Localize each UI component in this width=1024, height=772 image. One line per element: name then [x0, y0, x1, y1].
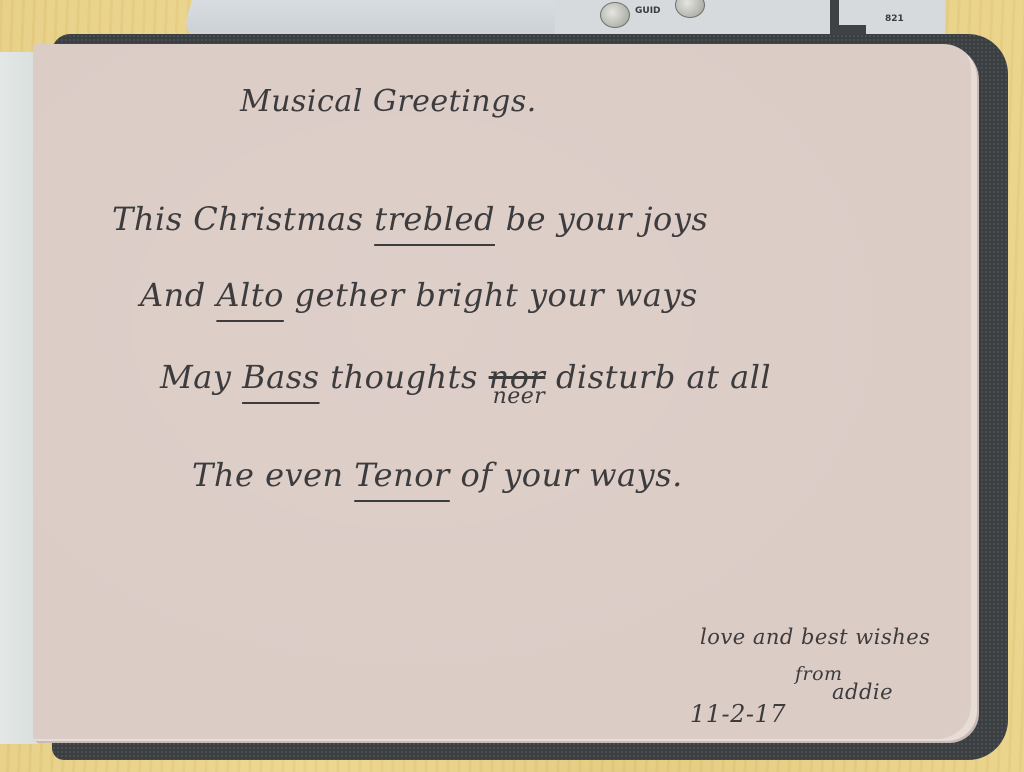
poem-emphasis-word: Alto: [216, 276, 283, 314]
poem-title: Musical Greetings.: [240, 84, 537, 119]
poem-line-4: The even Tenor of your ways.: [192, 456, 683, 494]
correction-word: neer: [493, 384, 546, 409]
poem-text: May: [160, 358, 242, 396]
remote-button: [675, 0, 705, 18]
struck-word: norneer: [489, 358, 546, 396]
poem-emphasis-word: trebled: [374, 200, 495, 238]
poem-text: disturb at all: [545, 358, 771, 396]
poem-text: be your joys: [495, 200, 708, 238]
remote-up-button: [600, 2, 630, 28]
poem-text: thoughts: [320, 358, 489, 396]
poem-text: of your ways.: [450, 456, 683, 494]
poem-line-1: This Christmas trebled be your joys: [112, 200, 708, 238]
poem-text: The even: [192, 456, 354, 494]
poem-text: This Christmas: [112, 200, 374, 238]
poem-line-3: May Bass thoughts norneer disturb at all: [160, 358, 771, 396]
signature-greeting: love and best wishes: [700, 625, 930, 649]
poem-emphasis-word: Bass: [242, 358, 319, 396]
signature-name: addie: [832, 680, 893, 704]
signature-date: 11-2-17: [690, 700, 786, 728]
remote-number-label: 821: [885, 14, 904, 24]
poem-text: gether bright your ways: [284, 276, 698, 314]
remote-guide-label: GUID: [635, 6, 661, 16]
remote-logo-icon: [830, 0, 866, 34]
poem-text: And: [140, 276, 216, 314]
poem-line-2: And Alto gether bright your ways: [140, 276, 698, 314]
poem-emphasis-word: Tenor: [354, 456, 449, 494]
